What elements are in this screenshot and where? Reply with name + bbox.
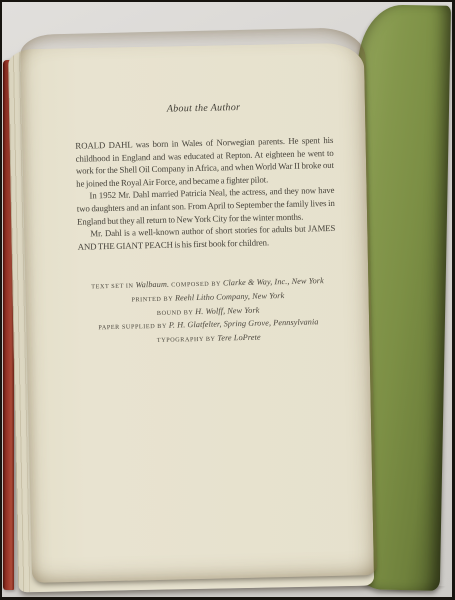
page-title: About the Author: [74, 100, 332, 117]
colophon-value: H. Wolff, New York: [195, 305, 259, 315]
colophon-value: Clarke & Way, Inc., New York: [223, 276, 324, 287]
author-bio: ROALD DAHL was born in Wales of Norwegia…: [75, 134, 336, 253]
colophon-label: PRINTED BY: [131, 295, 175, 303]
colophon-value: Tere LoPrete: [217, 332, 260, 342]
colophon-label: TEXT SET IN: [91, 283, 136, 291]
printed-text-block: About the Author ROALD DAHL was born in …: [74, 100, 337, 348]
colophon-value: P. H. Glatfelter, Spring Grove, Pennsylv…: [169, 317, 319, 329]
colophon-value: Reehl Litho Company, New York: [175, 291, 284, 302]
bio-paragraph-3: Mr. Dahl is a well-known author of short…: [77, 222, 336, 253]
book-photograph: About the Author ROALD DAHL was born in …: [0, 0, 455, 600]
colophon-label: TYPOGRAPHY BY: [157, 335, 218, 343]
bio-paragraph-1: ROALD DAHL was born in Wales of Norwegia…: [75, 134, 334, 190]
colophon-label: COMPOSED BY: [169, 281, 223, 289]
colophon-label: BOUND BY: [157, 309, 196, 317]
colophon-label: PAPER SUPPLIED BY: [98, 323, 169, 332]
colophon: TEXT SET IN Walbaum. COMPOSED BY Clarke …: [78, 274, 337, 348]
bio-paragraph-2: In 1952 Mr. Dahl married Patricia Neal, …: [76, 184, 335, 228]
about-the-author-page: About the Author ROALD DAHL was born in …: [20, 27, 377, 583]
colophon-value: Walbaum.: [135, 280, 169, 290]
